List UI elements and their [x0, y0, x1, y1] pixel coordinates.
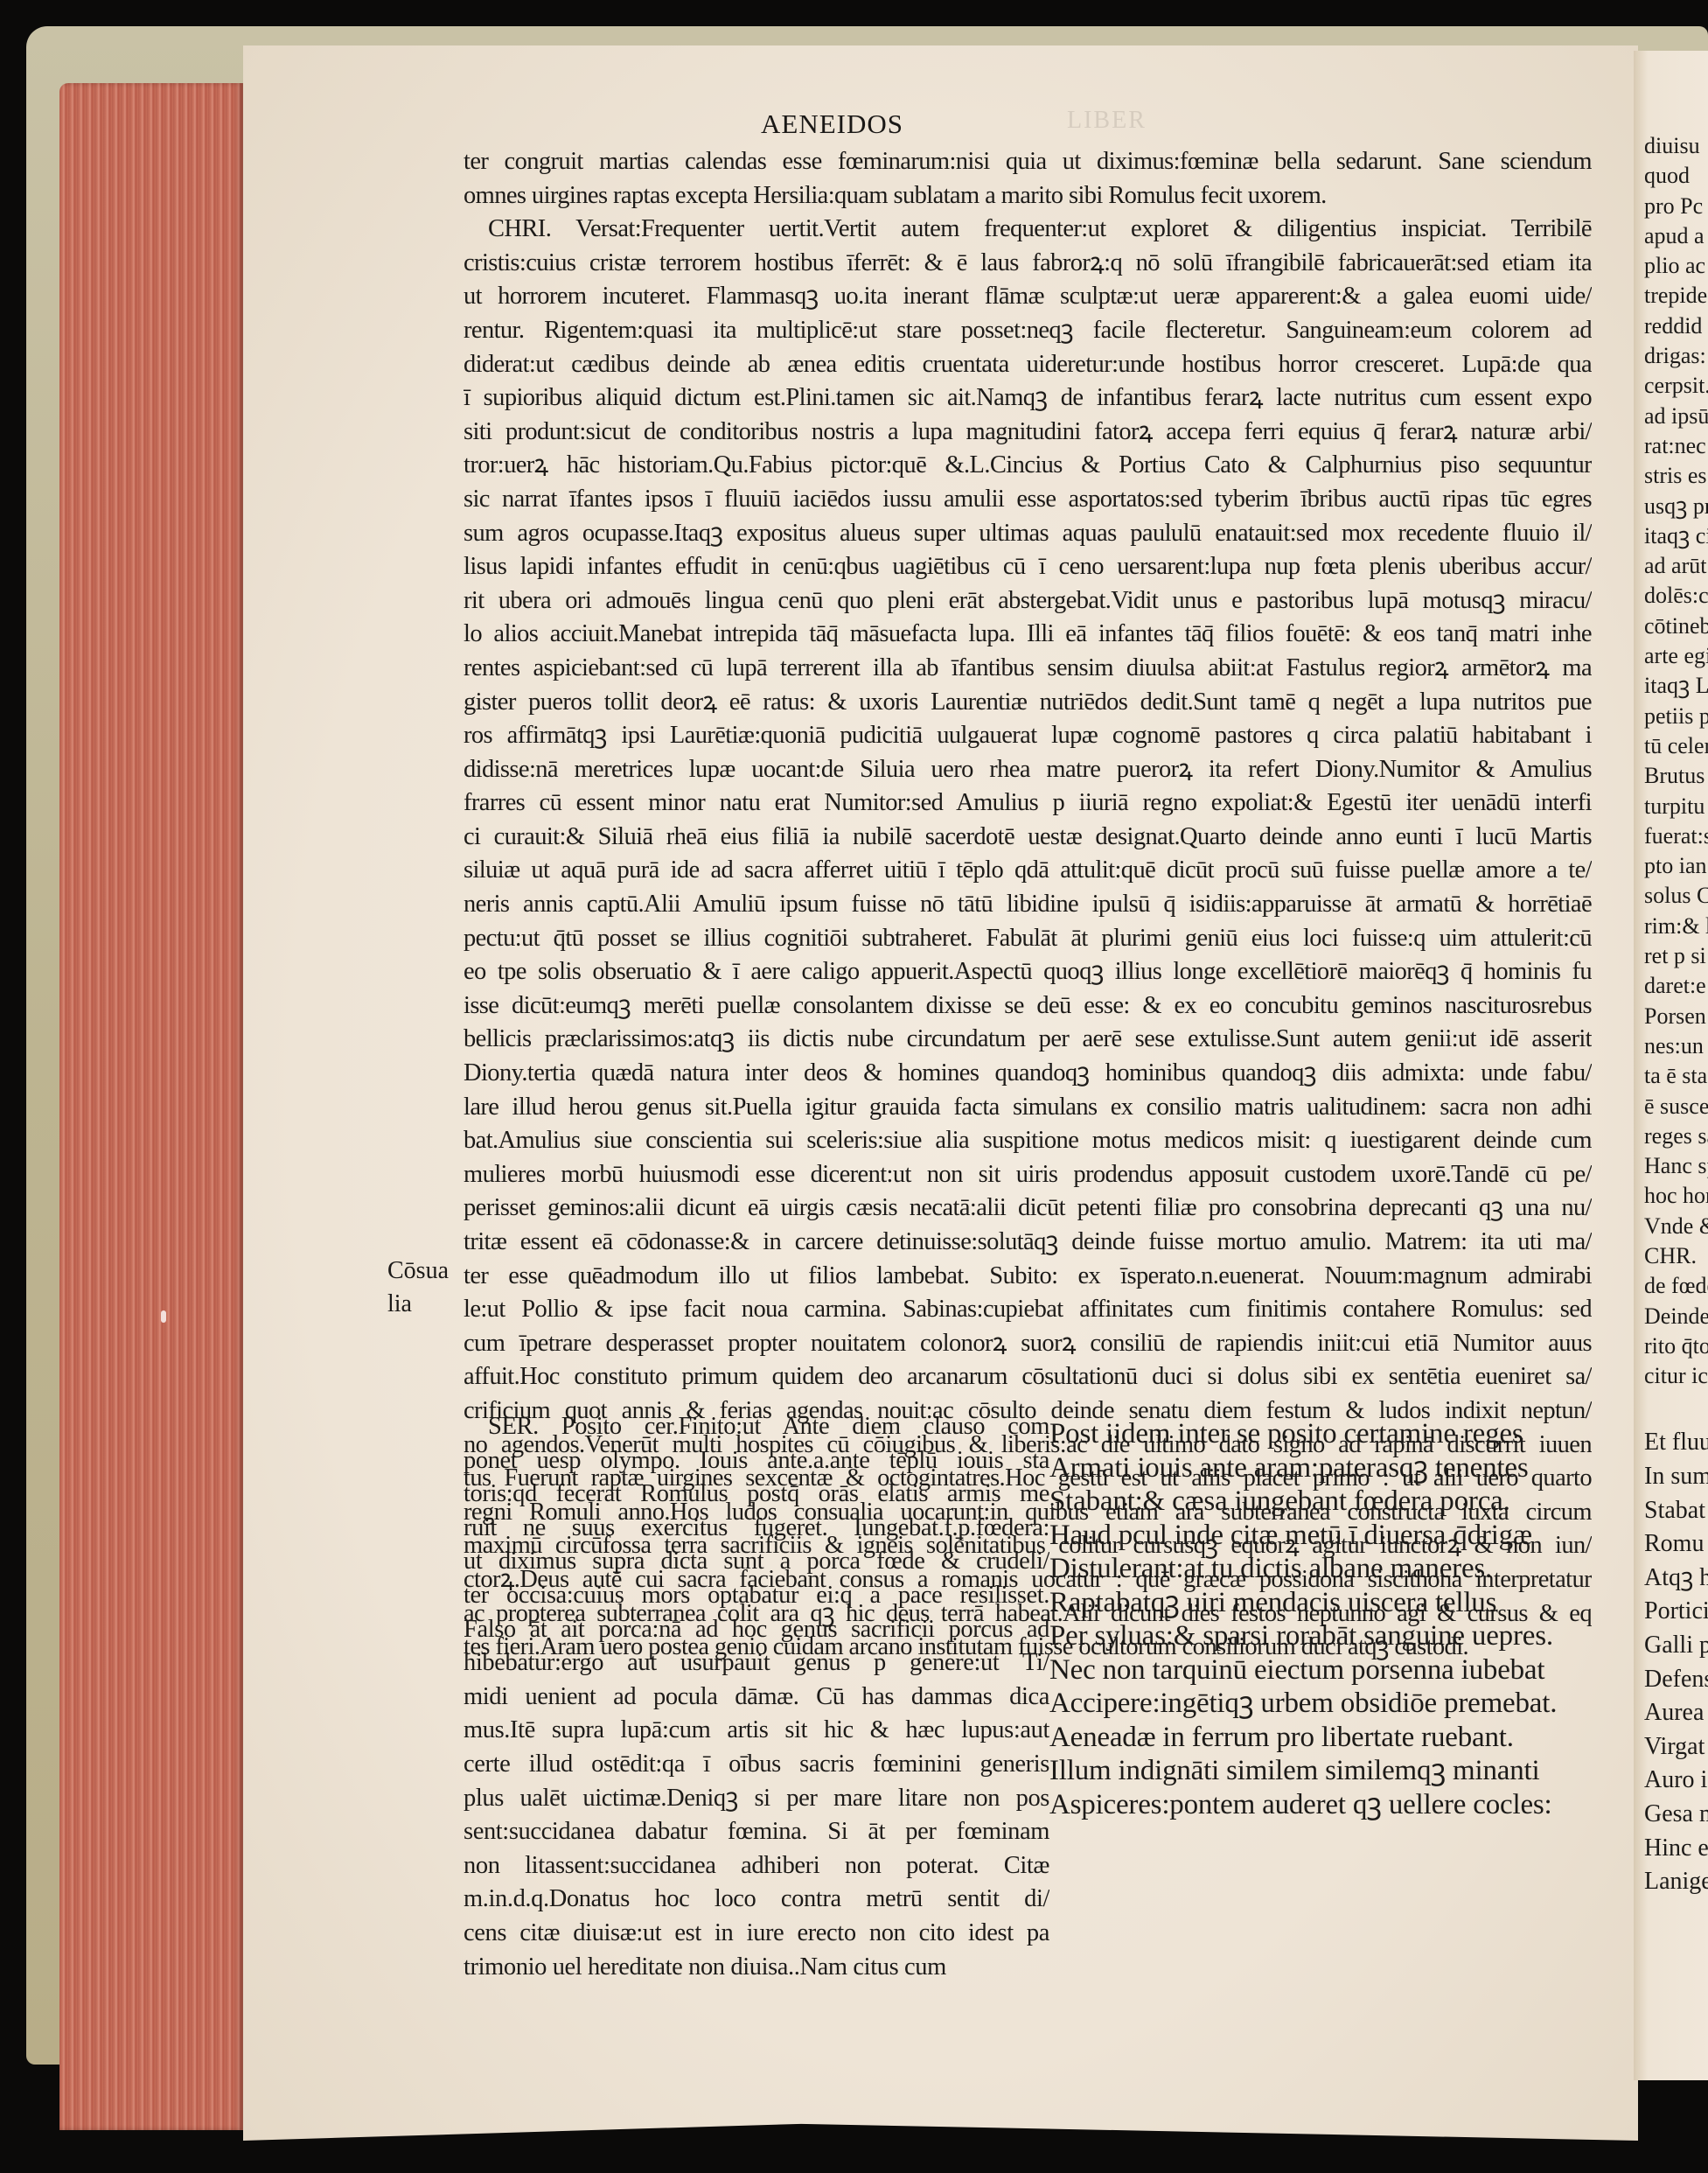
- facing-page-line: ad arūt: [1644, 551, 1708, 581]
- facing-page-line: daret:e: [1644, 971, 1708, 1001]
- facing-page-verse-line: Stabat: [1644, 1494, 1708, 1528]
- facing-page-line: dolēs:c: [1644, 581, 1708, 611]
- facing-page-line: rito q̄ton: [1644, 1331, 1708, 1361]
- facing-page-verse-line: Et fluui: [1644, 1426, 1708, 1460]
- text-line: Illum indignāti similem similemqꝫ minant…: [1049, 1754, 1592, 1788]
- text-line: ruit ne suus exercitus fugeret. Iungebat…: [464, 1512, 1049, 1546]
- facing-page-line: plio ac: [1644, 251, 1708, 281]
- facing-page-verse-line: Romu: [1644, 1527, 1708, 1562]
- text-line: neris annis captū.Alii Amuliū ipsum fuis…: [464, 888, 1592, 922]
- facing-page-line: trepide: [1644, 281, 1708, 311]
- text-line: hibebatur:ergo aut usurpauit genus p gen…: [464, 1646, 1049, 1680]
- facing-page-line: tū celerꝫ: [1644, 731, 1708, 761]
- text-line: affuit.Hoc constituto primum quidem deo …: [464, 1360, 1592, 1394]
- text-line: didisse:nā meretrices lupæ uocant:de Sil…: [464, 753, 1592, 787]
- facing-page-line: solus C: [1644, 881, 1708, 911]
- text-line: isse dicūt:eumqꝫ merēti puellæ consolant…: [464, 989, 1592, 1024]
- facing-page-line: Brutus: [1644, 761, 1708, 791]
- facing-page-verse-line: Virgat: [1644, 1730, 1708, 1764]
- text-line: ter congruit martias calendas esse fœmin…: [464, 145, 1592, 179]
- text-line: diderat:ut cædibus deinde ab ænea editis…: [464, 348, 1592, 382]
- text-line: Haud pcul inde citæ metū ī diuersa q̄dri…: [1049, 1519, 1592, 1553]
- red-stained-page-edges: [59, 83, 243, 2130]
- facing-page-line: usqꝫ pr: [1644, 492, 1708, 521]
- text-line: omnes uirgines raptas excepta Hersilia:q…: [464, 179, 1592, 213]
- facing-page-verse-line: Hinc ex: [1644, 1832, 1708, 1866]
- text-line: cens citæ diuisæ:ut est in iure erecto n…: [464, 1917, 1049, 1951]
- text-line: lo alios acciuit.Manebat intrepida tāq̄ …: [464, 618, 1592, 652]
- text-line: ros affirmātqꝫ ipsi Laurētiæ:quoniā pudi…: [464, 719, 1592, 753]
- text-line: Stabant:& cæsa iungebant fœdera porca.: [1049, 1485, 1592, 1519]
- facing-page-line: reddid: [1644, 311, 1708, 341]
- facing-page-verse-line: Auro in: [1644, 1764, 1708, 1798]
- text-line: siti produnt:sicut de conditoribus nostr…: [464, 416, 1592, 450]
- text-line: sic narrat īfantes ipsos ī fluuiū iaciēd…: [464, 483, 1592, 517]
- servius-commentary-column: SER. Posito cer.Finito:ut Ante diem clau…: [464, 1410, 1049, 1984]
- facing-page-line: hoc hor: [1644, 1181, 1708, 1211]
- facing-page-line: rat:nec: [1644, 431, 1708, 461]
- text-line: rit ubera ori admouēs lingua cenū quo pl…: [464, 584, 1592, 618]
- facing-page-line: Porsen: [1644, 1002, 1708, 1031]
- text-line: certe illud ostēdit:qa ī oībus sacris fœ…: [464, 1748, 1049, 1782]
- facing-page-line: de fœde: [1644, 1271, 1708, 1301]
- marginal-note: Cōsua lia: [387, 1254, 449, 1321]
- text-line: ponet uesp olympo. Iouis ante.a.ante tēp…: [464, 1444, 1049, 1478]
- facing-page-line: quod: [1644, 161, 1708, 191]
- facing-page-line: arte egi: [1644, 641, 1708, 671]
- facing-page-line: ret p si: [1644, 941, 1708, 971]
- facing-page-verse-line: Porticil: [1644, 1595, 1708, 1629]
- facing-page-line: ta ē sta: [1644, 1061, 1708, 1091]
- text-line: perisset geminos:alii dicunt eā uirgis c…: [464, 1191, 1592, 1226]
- text-line: ter esse quēadmodum illo ut filios lambe…: [464, 1260, 1592, 1294]
- text-line: SER. Posito cer.Finito:ut Ante diem clau…: [464, 1410, 1049, 1444]
- facing-page-line: pto ian: [1644, 851, 1708, 881]
- text-line: non litassent:succidanea adhiberi non po…: [464, 1849, 1049, 1883]
- text-line: ut horrorem incuteret. Flammasqꝫ uo.ita …: [464, 280, 1592, 314]
- marginal-note-line: lia: [387, 1288, 449, 1321]
- text-line: Armati iouis ante aram:paterasqꝫ tenente…: [1049, 1451, 1592, 1485]
- text-line: mulieres morbū huiusmodi esse dicerent:u…: [464, 1158, 1592, 1192]
- text-line: Accipere:ingētiqꝫ urbem obsidiōe premeba…: [1049, 1687, 1592, 1721]
- facing-page-line: cerpsit.: [1644, 371, 1708, 401]
- facing-page-line: ad ipsū: [1644, 402, 1708, 431]
- text-line: Raptabatqꝫ uiri mendacis uiscera tellus: [1049, 1586, 1592, 1620]
- text-line: tritæ essent eā cōdonasse:& in carcere d…: [464, 1226, 1592, 1260]
- facing-page-line: reges sa: [1644, 1121, 1708, 1151]
- spacer: [1644, 1391, 1708, 1426]
- facing-page-line: turpitu: [1644, 792, 1708, 821]
- verse-column: Post iidem inter se posito certamine reg…: [1049, 1417, 1592, 1821]
- text-line: CHRI. Versat:Frequenter uertit.Vertit au…: [464, 213, 1592, 247]
- facing-page-line: Vnde &: [1644, 1212, 1708, 1241]
- page-edge-mark: [161, 1310, 166, 1323]
- text-line: toris:qd fecerat Romulus postq̄ orās ela…: [464, 1478, 1049, 1512]
- text-line: pectu:ut q̄tū posset se illius cognitiōi…: [464, 922, 1592, 956]
- facing-page-line: stris es: [1644, 461, 1708, 491]
- text-line: lare illud herou genus sit.Puella igitur…: [464, 1091, 1592, 1125]
- facing-page-line: petiis pa: [1644, 702, 1708, 731]
- facing-page-line: fuerat:s: [1644, 821, 1708, 851]
- facing-page-line: CHR.: [1644, 1241, 1708, 1271]
- facing-page-line: diuisu: [1644, 131, 1708, 161]
- text-line: Distulerant:at tu dictis albane maneres.: [1049, 1552, 1592, 1586]
- text-line: gister pueros tollit deorꝝ eē ratus: & u…: [464, 686, 1592, 720]
- text-line: Post iidem inter se posito certamine reg…: [1049, 1417, 1592, 1451]
- text-line: plus ualēt uictimæ.Deniqꝫ si per mare li…: [464, 1782, 1049, 1816]
- text-line: sum agros ocupasse.Itaqꝫ expositus alueu…: [464, 517, 1592, 551]
- text-line: Diony.tertia quædā natura inter deos & h…: [464, 1057, 1592, 1091]
- facing-page-verse-line: Defensi: [1644, 1663, 1708, 1697]
- text-line: midi uenient ad pocula dāmæ. Cū has damm…: [464, 1680, 1049, 1715]
- text-line: cristis:cuius cristæ terrorem hostibus ī…: [464, 247, 1592, 281]
- text-line: rentes aspiciebant:sed cū lupā terrerent…: [464, 652, 1592, 686]
- facing-page-line: nes:un: [1644, 1031, 1708, 1061]
- text-line: le:ut Pollio & ipse facit noua carmina. …: [464, 1293, 1592, 1327]
- facing-page-line: drigas:: [1644, 341, 1708, 371]
- facing-page-verse-line: Lanige: [1644, 1865, 1708, 1899]
- text-line: trimonio uel hereditate non diuisa..Nam …: [464, 1951, 1049, 1985]
- facing-page-line: cōtineb: [1644, 611, 1708, 641]
- facing-page-line: ē suscep: [1644, 1092, 1708, 1121]
- text-line: bellicis præclarissimos:atqꝫ iis dictis …: [464, 1023, 1592, 1057]
- facing-page-verse-line: Aurea c: [1644, 1696, 1708, 1730]
- text-line: ci curauit:& Siluiā rheā eius filiā ia n…: [464, 821, 1592, 855]
- text-line: eo tpe solis obseruatio & ī aere caligo …: [464, 955, 1592, 989]
- facing-page-line: apud a: [1644, 221, 1708, 251]
- text-line: Aeneadæ in ferrum pro libertate ruebant.: [1049, 1721, 1592, 1755]
- facing-page-verse-line: Galli p: [1644, 1629, 1708, 1663]
- running-head: AENEIDOS: [761, 108, 903, 140]
- facing-page-text: diuisuquodpro Pcapud aplio actrepideredd…: [1644, 131, 1708, 1899]
- text-line: sent:succidanea dabatur fœmina. Si āt pe…: [464, 1815, 1049, 1849]
- text-line: Per syluas:& sparsi rorabāt sanguine uep…: [1049, 1619, 1592, 1653]
- text-line: Falso āt ait porca:nā ad hoc genus sacri…: [464, 1613, 1049, 1647]
- text-line: mus.Itē supra lupā:cum artis sit hic & h…: [464, 1714, 1049, 1748]
- text-line: lisus lapidi infantes effudit in cenū:qb…: [464, 550, 1592, 584]
- facing-page-line: rim:& l: [1644, 912, 1708, 941]
- text-line: ter occisa:cuius mors optabatur ei:q a p…: [464, 1579, 1049, 1613]
- marginal-note-line: Cōsua: [387, 1254, 449, 1288]
- facing-page-line: Hanc sp: [1644, 1151, 1708, 1181]
- text-line: ī supioribus aliquid dictum est.Plini.ta…: [464, 381, 1592, 416]
- text-line: rentur. Rigentem:quasi ita multiplicē:ut…: [464, 314, 1592, 348]
- facing-page-line: itaqꝫ ci: [1644, 521, 1708, 551]
- facing-page-line: pro Pc: [1644, 192, 1708, 221]
- facing-page-line: Deinde: [1644, 1302, 1708, 1331]
- facing-page-verse-line: Atqꝫ hi: [1644, 1562, 1708, 1596]
- text-line: tror:uerꝝ hāc historiam.Qu.Fabius pictor…: [464, 449, 1592, 483]
- text-line: siluiæ ut aquā purā ide ad sacra afferre…: [464, 854, 1592, 888]
- facing-page-line: itaqꝫ Lu: [1644, 671, 1708, 701]
- text-line: bat.Amulius siue conscientia sui sceleri…: [464, 1124, 1592, 1158]
- text-line: Aspiceres:pontem auderet qꝫ uellere cocl…: [1049, 1788, 1592, 1822]
- facing-page-verse-line: Gesa m: [1644, 1798, 1708, 1832]
- text-line: ut diximus supra dicta sunt a porca fœde…: [464, 1545, 1049, 1579]
- showthrough-text: LIBER: [1067, 107, 1147, 135]
- facing-page-line: citur ictu: [1644, 1361, 1708, 1391]
- text-line: m.in.d.q.Donatus hoc loco contra metrū s…: [464, 1883, 1049, 1917]
- text-line: Nec non tarquinū eiectum porsenna iubeba…: [1049, 1653, 1592, 1687]
- facing-page-verse-line: In sumi: [1644, 1460, 1708, 1494]
- text-line: frarres cū essent minor natu erat Numito…: [464, 786, 1592, 821]
- text-line: cum īpetrare desperasset propter nouitat…: [464, 1327, 1592, 1361]
